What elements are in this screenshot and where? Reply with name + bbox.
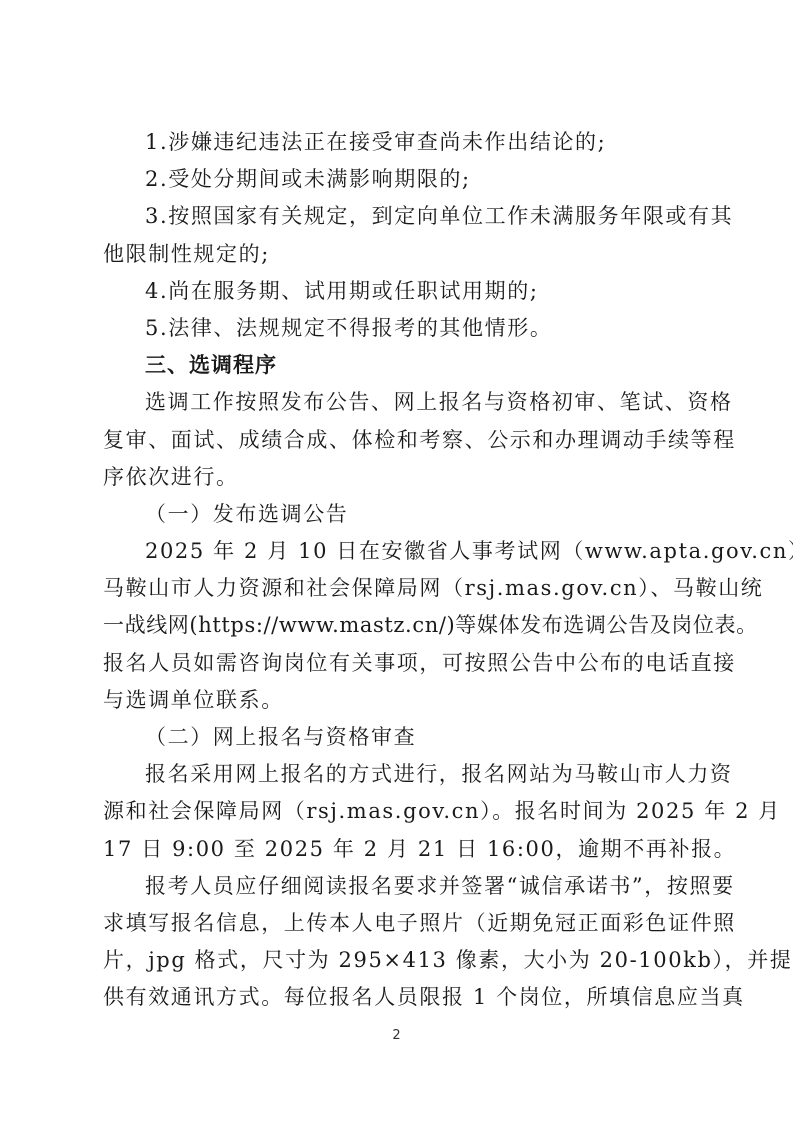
list-item-3: 3.按照国家有关规定，到定向单位工作未满服务年限或有其 xyxy=(103,198,691,235)
paragraph-announcement-line-3: 一战线网(https://www.mastz.cn/)等媒体发布选调公告及岗位表… xyxy=(103,607,691,644)
list-item-1: 1.涉嫌违纪违法正在接受审查尚未作出结论的; xyxy=(103,124,691,161)
list-item-4: 4.尚在服务期、试用期或任职试用期的; xyxy=(103,273,691,310)
paragraph-requirements-line-2: 求填写报名信息，上传本人电子照片（近期免冠正面彩色证件照 xyxy=(103,905,691,942)
paragraph-procedure-line-1: 选调工作按照发布公告、网上报名与资格初审、笔试、资格 xyxy=(103,384,691,421)
subsection-heading-announcement: （一）发布选调公告 xyxy=(103,496,691,533)
document-page: 1.涉嫌违纪违法正在接受审查尚未作出结论的; 2.受处分期间或未满影响期限的; … xyxy=(103,124,691,1017)
paragraph-announcement-line-5: 与选调单位联系。 xyxy=(103,682,691,719)
paragraph-procedure-line-2: 复审、面试、成绩合成、体检和考察、公示和办理调动手续等程 xyxy=(103,422,691,459)
paragraph-requirements-line-4: 供有效通讯方式。每位报名人员限报 1 个岗位，所填信息应当真 xyxy=(103,979,691,1016)
paragraph-requirements-line-3: 片，jpg 格式，尺寸为 295×413 像素，大小为 20-100kb），并提 xyxy=(103,942,691,979)
list-item-2: 2.受处分期间或未满影响期限的; xyxy=(103,161,691,198)
paragraph-registration-line-1: 报名采用网上报名的方式进行，报名网站为马鞍山市人力资 xyxy=(103,756,691,793)
list-item-5: 5.法律、法规规定不得报考的其他情形。 xyxy=(103,310,691,347)
page-number: 2 xyxy=(0,1028,793,1043)
list-item-3-continued: 他限制性规定的; xyxy=(103,236,691,273)
paragraph-registration-line-2: 源和社会保障局网（rsj.mas.gov.cn）。报名时间为 2025 年 2 … xyxy=(103,793,691,830)
paragraph-announcement-line-1: 2025 年 2 月 10 日在安徽省人事考试网（www.apta.gov.cn… xyxy=(103,533,691,570)
paragraph-procedure-line-3: 序依次进行。 xyxy=(103,459,691,496)
section-heading-procedure: 三、选调程序 xyxy=(103,347,691,384)
paragraph-requirements-line-1: 报考人员应仔细阅读报名要求并签署“诚信承诺书”，按照要 xyxy=(103,868,691,905)
subsection-heading-registration: （二）网上报名与资格审查 xyxy=(103,719,691,756)
paragraph-announcement-line-4: 报名人员如需咨询岗位有关事项，可按照公告中公布的电话直接 xyxy=(103,645,691,682)
paragraph-announcement-line-2: 马鞍山市人力资源和社会保障局网（rsj.mas.gov.cn）、马鞍山统 xyxy=(103,570,691,607)
paragraph-registration-line-3: 17 日 9:00 至 2025 年 2 月 21 日 16:00，逾期不再补报… xyxy=(103,831,691,868)
